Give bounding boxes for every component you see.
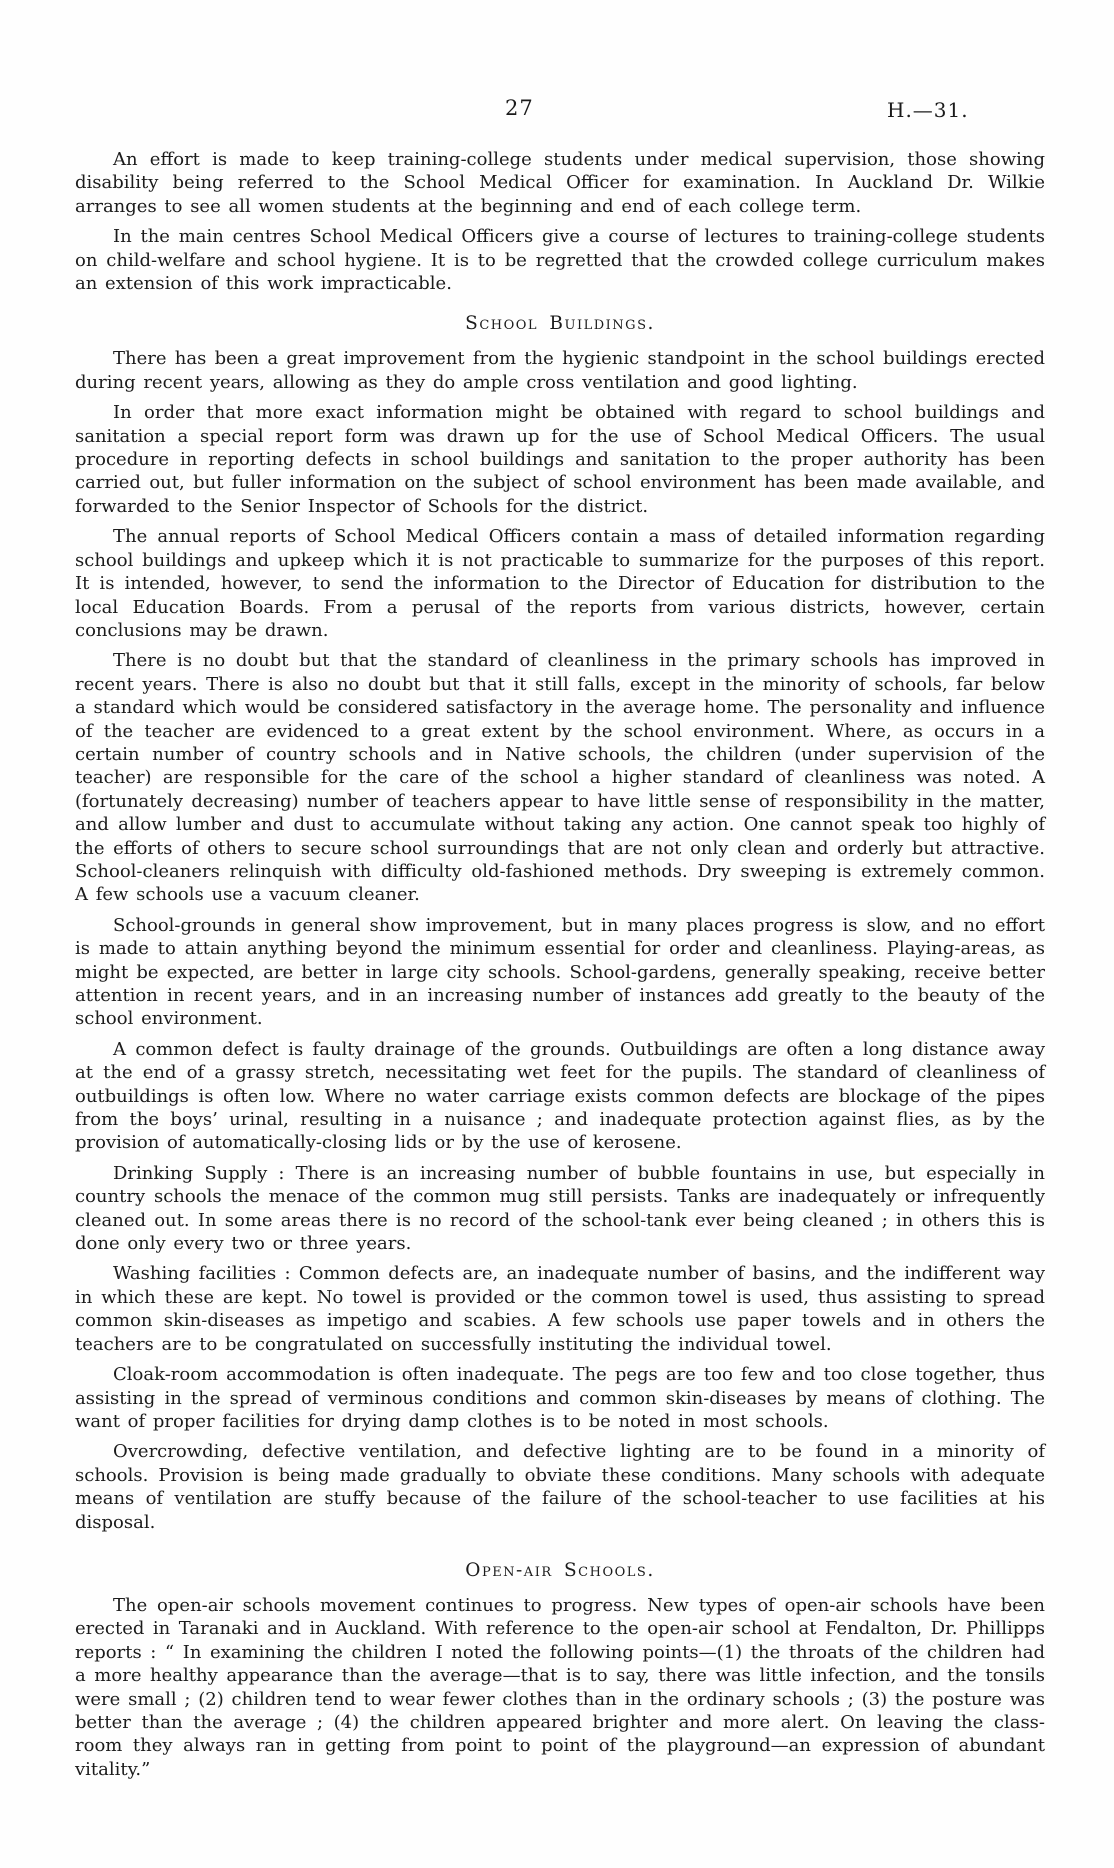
paragraph-drinking-supply: Drinking Supply : There is an increasing… <box>75 1162 1045 1256</box>
section-heading-school-buildings: School Buildings. <box>75 313 1045 334</box>
paragraph-open-air-movement: The open-air schools movement continues … <box>75 1594 1045 1781</box>
paragraph-school-grounds: School-grounds in general show improveme… <box>75 914 1045 1031</box>
section-heading-open-air-schools: Open-air Schools. <box>75 1560 1045 1581</box>
paragraph-faulty-drainage: A common defect is faulty drainage of th… <box>75 1038 1045 1155</box>
paragraph-hygienic-improvement: There has been a great improvement from … <box>75 347 1045 394</box>
paragraph-standard-of-cleanliness: There is no doubt but that the standard … <box>75 649 1045 906</box>
paragraph-overcrowding: Overcrowding, defective ventilation, and… <box>75 1440 1045 1534</box>
paragraph-training-college-supervision: An effort is made to keep training-colle… <box>75 148 1045 218</box>
paragraph-report-form: In order that more exact information mig… <box>75 401 1045 518</box>
page-header: 27 H.—31. <box>75 92 1045 130</box>
report-code: H.—31. <box>887 98 969 122</box>
paragraph-cloak-room: Cloak-room accommodation is often inadeq… <box>75 1363 1045 1433</box>
document-page: 27 H.—31. An effort is made to keep trai… <box>0 0 1114 1868</box>
paragraph-lectures-hygiene: In the main centres School Medical Offic… <box>75 225 1045 295</box>
page-number: 27 <box>505 96 534 120</box>
paragraph-annual-reports: The annual reports of School Medical Off… <box>75 525 1045 642</box>
paragraph-washing-facilities: Washing facilities : Common defects are,… <box>75 1262 1045 1356</box>
